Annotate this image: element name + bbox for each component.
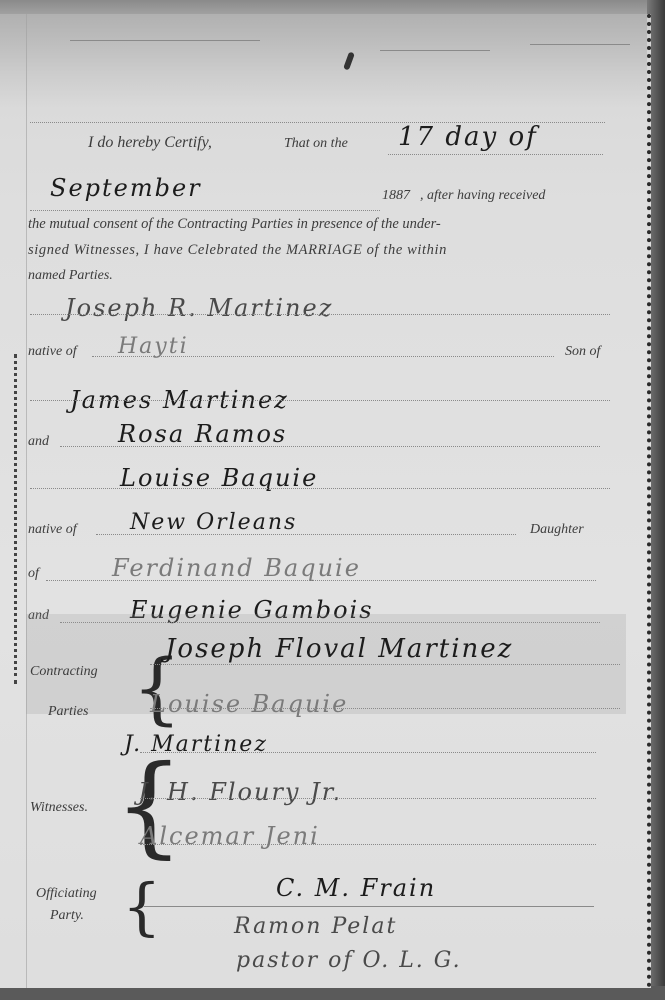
groom-and-label: and (28, 434, 49, 450)
parties-label: Parties (48, 704, 88, 720)
rule (46, 580, 596, 581)
page-shading (0, 14, 647, 109)
certificate-page: I do hereby Certify, That on the 17 day … (0, 14, 651, 988)
groom-name: Joseph R. Martinez (65, 294, 333, 322)
son-of-label: Son of (565, 344, 600, 360)
bride-signature: Louise Baquie (150, 690, 348, 718)
backdrop-bottom (0, 986, 665, 1000)
bride-native-of-label: native of (28, 522, 77, 538)
rule (140, 844, 596, 845)
rule (92, 356, 554, 357)
bride-of-label: of (28, 566, 39, 582)
rule (30, 210, 380, 211)
witness-signature-3: Alcemar Jeni (140, 822, 320, 850)
rule (388, 154, 603, 155)
witnesses-label: Witnesses. (30, 800, 88, 816)
rule (380, 50, 490, 51)
bride-native-of-value: New Orleans (130, 510, 297, 535)
officiating-brace: { (122, 876, 161, 938)
rule (70, 40, 260, 41)
party-label: Party. (50, 908, 84, 924)
month-value: September (50, 174, 202, 202)
rule (140, 752, 596, 753)
rule (96, 534, 516, 535)
certify-lead: I do hereby Certify, (88, 134, 212, 152)
day-value: 17 day of (398, 122, 538, 152)
rule (30, 314, 610, 315)
rule (150, 664, 620, 665)
groom-mother: Rosa Ramos (118, 420, 287, 448)
rule (140, 798, 596, 799)
certify-line5: named Parties. (28, 268, 113, 284)
certify-line3: the mutual consent of the Contracting Pa… (28, 216, 441, 233)
perforation-left (14, 354, 23, 684)
rule (30, 400, 610, 401)
contracting-label: Contracting (30, 664, 98, 680)
officiant-signature-2: Ramon Pelat (234, 914, 397, 939)
witness-signature-2: J. H. Floury Jr. (138, 778, 342, 806)
groom-native-of-label: native of (28, 344, 77, 360)
officiant-signature-1: C. M. Frain (276, 874, 436, 902)
rule (150, 708, 620, 709)
year-value: 1887 (382, 188, 410, 204)
fold-line (26, 14, 27, 988)
after-text: , after having received (420, 188, 545, 204)
officiant-signature-3: pastor of O. L. G. (236, 948, 462, 973)
daughter-label: Daughter (530, 522, 584, 538)
officiating-label: Officiating (36, 886, 97, 902)
rule (60, 446, 600, 447)
groom-signature: Joseph Floval Martinez (165, 634, 513, 664)
rule (30, 488, 610, 489)
rule (530, 44, 630, 45)
that-on-the-label: That on the (284, 136, 348, 152)
rule (144, 906, 594, 907)
certify-line4: signed Witnesses, I have Celebrated the … (28, 242, 447, 259)
bride-father: Ferdinand Baquie (112, 554, 361, 582)
witness-signature-1: J. Martinez (124, 732, 268, 757)
